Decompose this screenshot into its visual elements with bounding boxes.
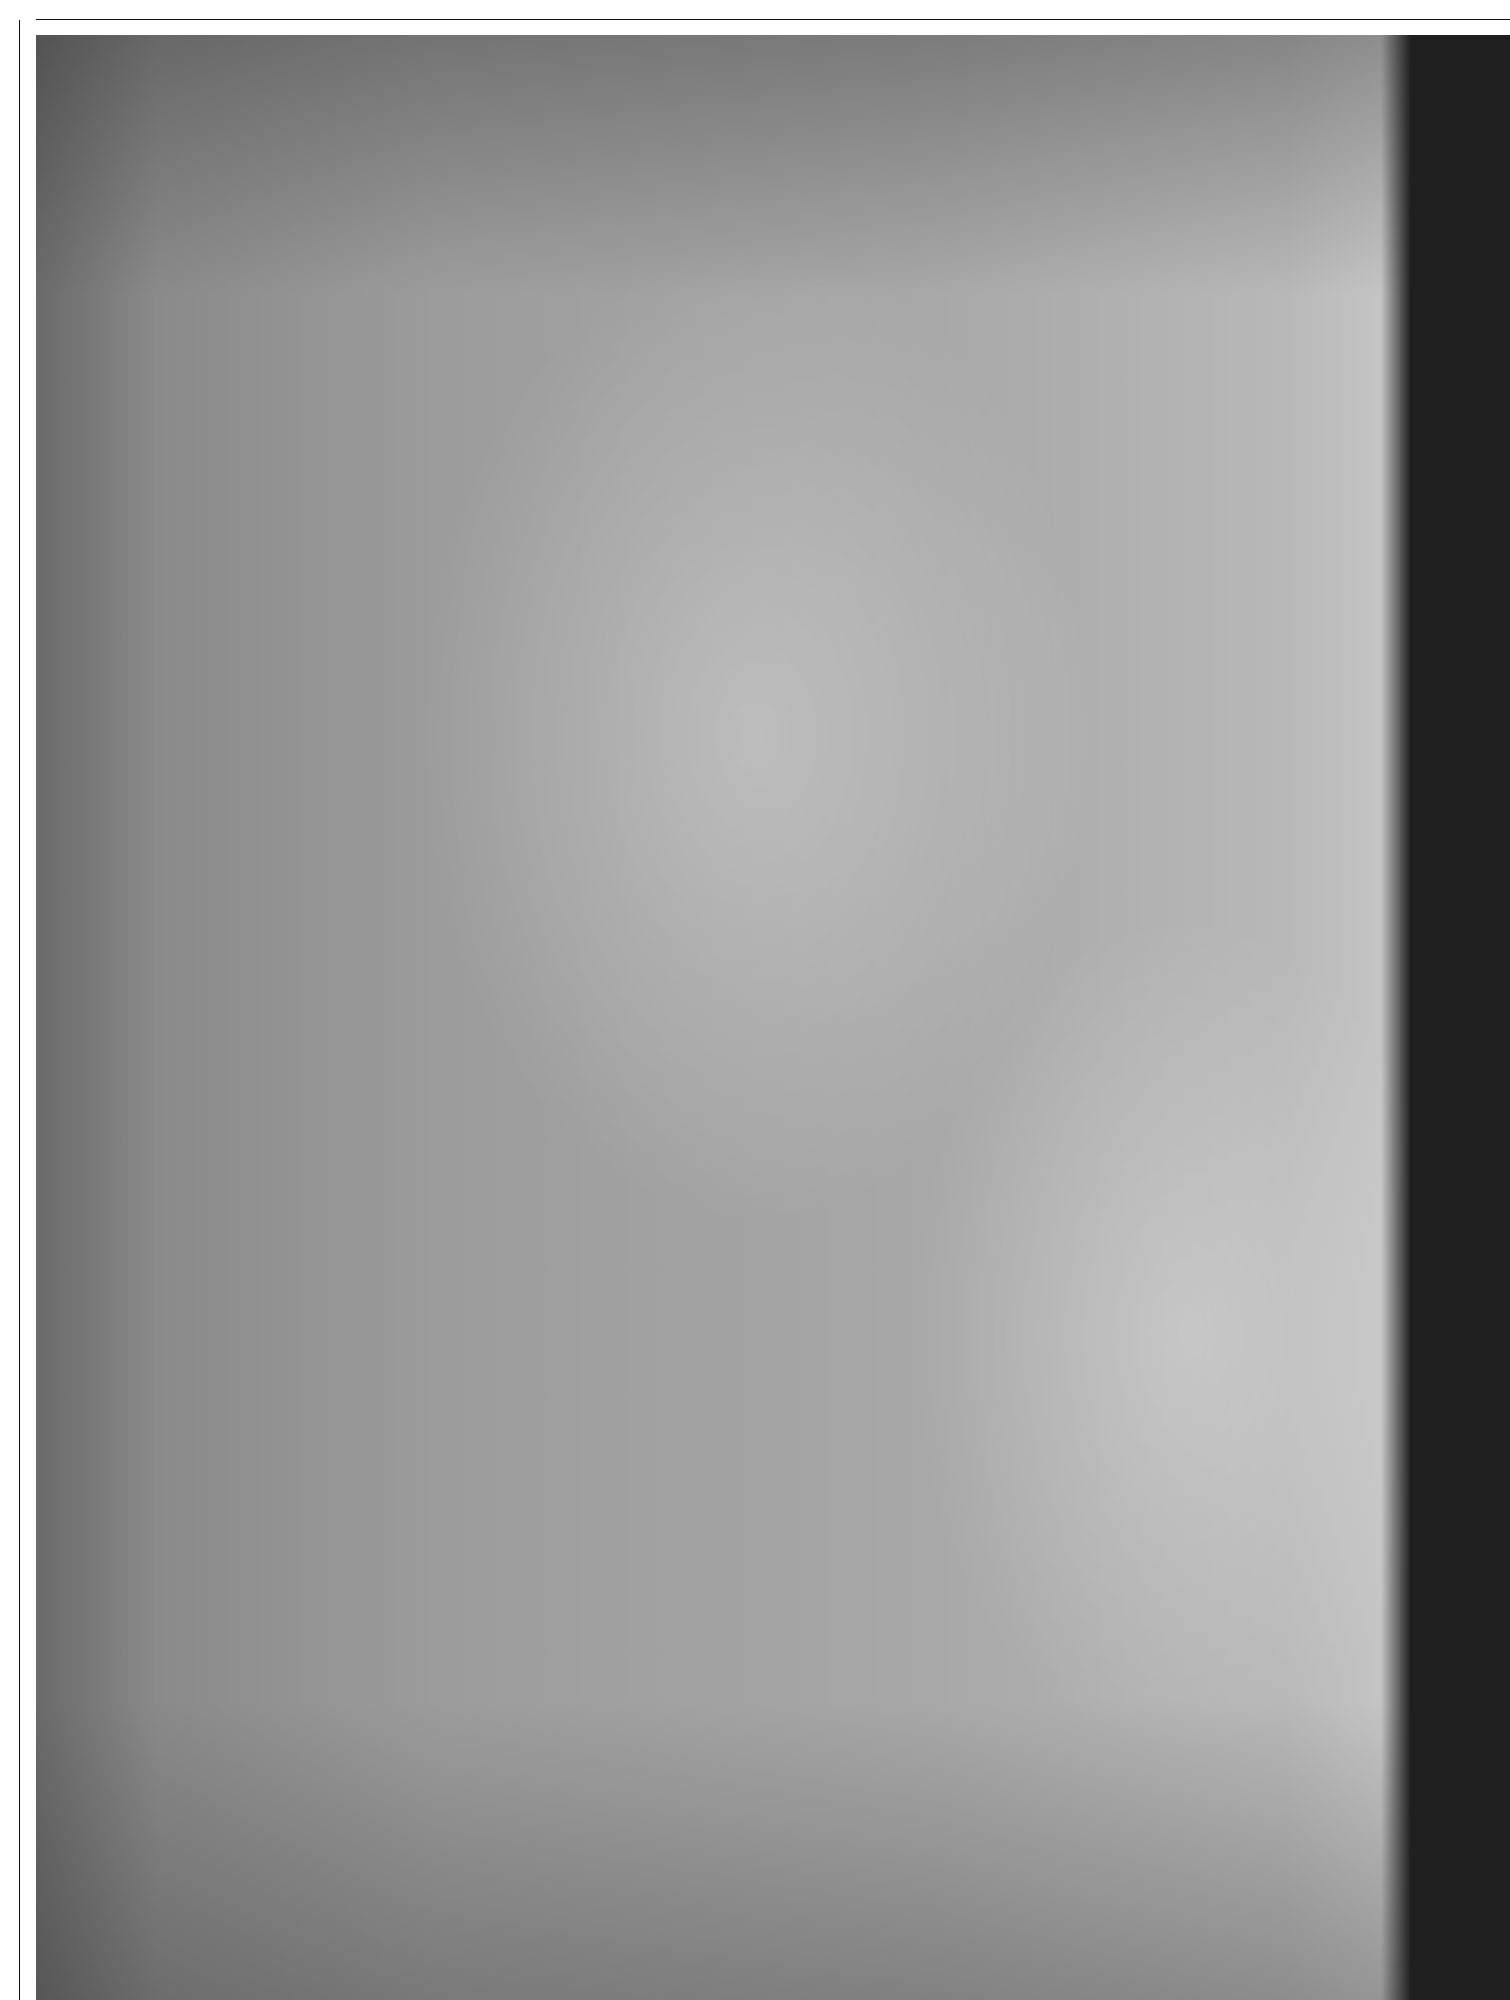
page-edge-shadow [1381, 35, 1411, 2000]
scan-vignette-bottom [36, 1700, 1510, 2000]
horizontal-ruler [0, 0, 1510, 35]
ruler-baseline [18, 19, 1510, 20]
dark-background-band [1410, 35, 1510, 2000]
manuscript-scan-image [36, 35, 1510, 2000]
vertical-ruler [0, 0, 36, 2000]
ruler-baseline [19, 20, 20, 2000]
scan-vignette-top [36, 35, 1510, 295]
